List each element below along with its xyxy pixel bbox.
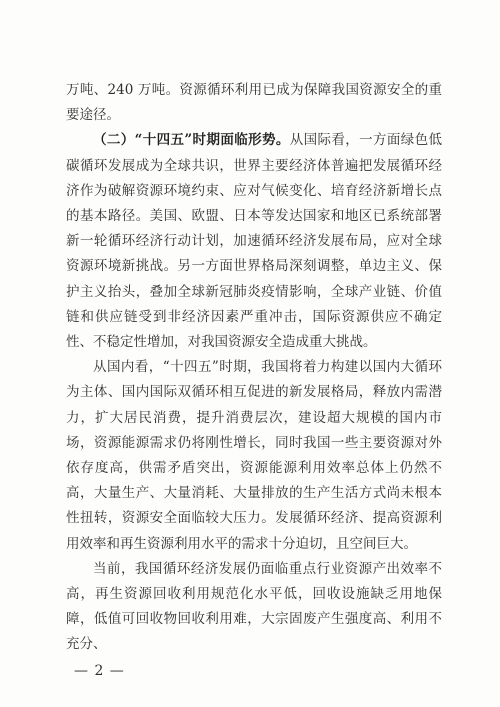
paragraph: 从国内看，“十四五”时期，我国将着力构建以国内大循环为主体、国内国际双循环相互促… <box>66 355 442 557</box>
paragraph-text: 当前，我国循环经济发展仍面临重点行业资源产出效率不高，再生资源回收利用规范化水平… <box>66 561 442 653</box>
paragraph-text: 万吨、240 万吨。资源循环利用已成为保障我国资源安全的重要途径。 <box>66 82 442 123</box>
document-page: 万吨、240 万吨。资源循环利用已成为保障我国资源安全的重要途径。 （二）“十四… <box>0 0 500 707</box>
paragraph-text: 从国际看，一方面绿色低碳循环发展成为全球共识，世界主要经济体普遍把发展循环经济作… <box>66 132 442 350</box>
paragraph-text: 从国内看，“十四五”时期，我国将着力构建以国内大循环为主体、国内国际双循环相互促… <box>66 359 442 551</box>
section-heading: （二）“十四五”时期面临形势。 <box>93 132 290 148</box>
paragraph: 万吨、240 万吨。资源循环利用已成为保障我国资源安全的重要途径。 <box>66 78 442 128</box>
paragraph: （二）“十四五”时期面临形势。从国际看，一方面绿色低碳循环发展成为全球共识，世界… <box>66 128 442 355</box>
paragraph: 当前，我国循环经济发展仍面临重点行业资源产出效率不高，再生资源回收利用规范化水平… <box>66 557 442 658</box>
page-number: — 2 — <box>74 663 442 679</box>
document-body: 万吨、240 万吨。资源循环利用已成为保障我国资源安全的重要途径。 （二）“十四… <box>66 78 442 658</box>
